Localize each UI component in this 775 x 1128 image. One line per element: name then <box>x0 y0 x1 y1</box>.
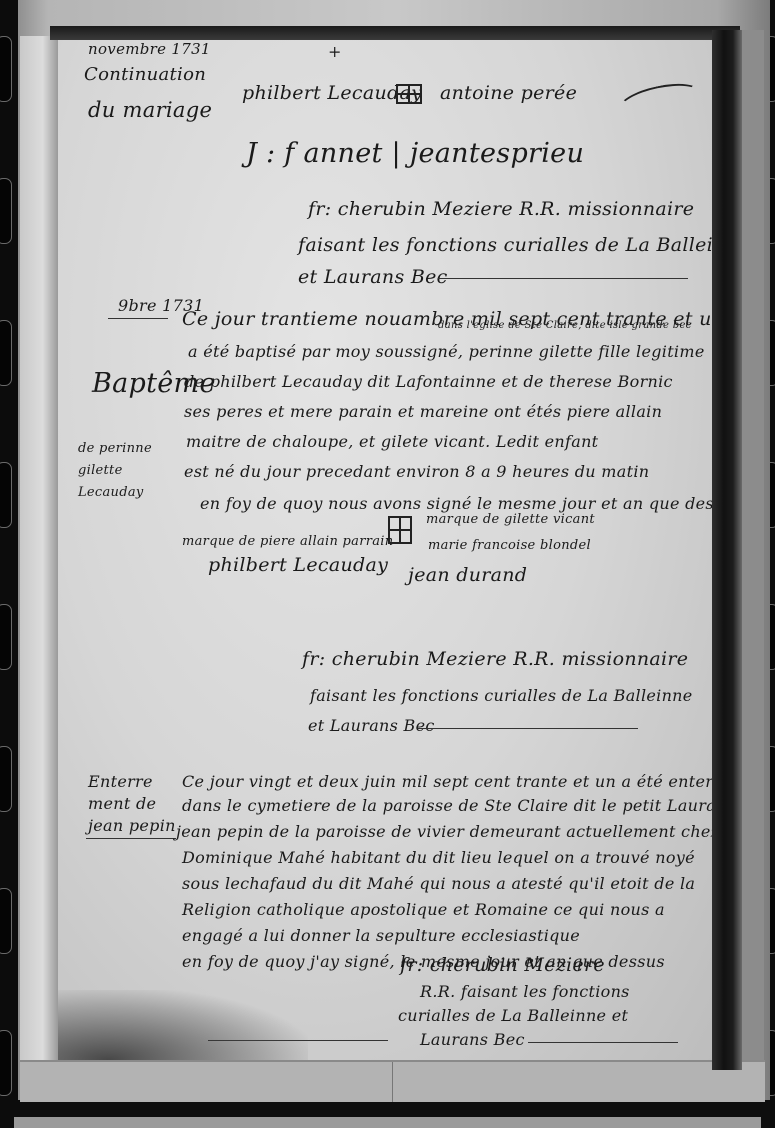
corner-flourish-icon <box>616 78 704 125</box>
margin-underline <box>108 318 168 319</box>
burial-signature-line4: Laurans Bec <box>420 1030 525 1049</box>
burial-signature-line3: curialles de La Balleinne et <box>398 1006 628 1025</box>
divider-line <box>528 1042 678 1043</box>
officiant-1-line2: faisant les fonctions curialles de La Ba… <box>298 234 714 256</box>
margin-underline <box>86 838 176 839</box>
baptism-margin-title: Baptême <box>92 368 172 400</box>
burial-signature-line1: fr: cherubin Meziere <box>400 954 605 976</box>
baptism-line-3: de philbert Lecauday dit Lafontainne et … <box>184 372 673 391</box>
sprocket-hole <box>0 178 12 244</box>
baptism-line-4: ses peres et mere parain et mareine ont … <box>184 402 662 421</box>
officiant-1-line1: fr: cherubin Meziere R.R. missionnaire <box>308 198 694 220</box>
sprocket-hole <box>0 604 12 670</box>
divider-line <box>418 728 638 729</box>
burial-line-3: jean pepin de la paroisse de vivier deme… <box>176 822 714 841</box>
signature-jean-durand: jean durand <box>408 564 527 586</box>
signature-annet: J : f annet | jeantesprieu <box>246 138 584 169</box>
burial-line-1: Ce jour vingt et deux juin mil sept cent… <box>182 772 714 791</box>
baptism-line-6: est né du jour precedant environ 8 a 9 h… <box>184 462 649 481</box>
register-page: novembre 1731 Continuation du mariage + … <box>58 38 714 1060</box>
burial-margin-line3: jean pepin <box>88 816 176 835</box>
sprocket-hole <box>0 888 12 954</box>
frame-edge-right-outer <box>742 30 764 1100</box>
margin-date: novembre 1731 <box>88 40 211 58</box>
baptism-line-5: maitre de chaloupe, et gilete vicant. Le… <box>186 432 598 451</box>
margin-continuation: Continuation <box>84 64 206 85</box>
bottom-board <box>20 1060 765 1102</box>
mark-grid-icon <box>388 516 412 544</box>
margin-mariage: du mariage <box>88 98 212 122</box>
sprocket-hole <box>0 746 12 812</box>
water-stain <box>58 990 308 1060</box>
burial-line-4: Dominique Mahé habitant du dit lieu lequ… <box>182 848 695 867</box>
burial-margin-line1: Enterre <box>88 772 153 791</box>
signature-mark-icon <box>396 84 422 104</box>
signature-philbert-2: philbert Lecauday <box>208 554 388 576</box>
burial-margin-line2: ment de <box>88 794 156 813</box>
burial-line-6: Religion catholique apostolique et Romai… <box>182 900 665 919</box>
baptism-line-1: Ce jour trantieme nouambre mil sept cent… <box>182 308 714 330</box>
signature-antoine: antoine perée <box>440 82 577 104</box>
divider-line <box>438 278 688 279</box>
burial-signature-line2: R.R. faisant les fonctions <box>420 982 630 1001</box>
frame-edge-top <box>50 26 740 40</box>
burial-line-7: engagé a lui donner la sepulture ecclesi… <box>182 926 580 945</box>
sprocket-hole <box>0 462 12 528</box>
officiant-2-line3: et Laurans Bec <box>308 716 435 735</box>
officiant-2-line1: fr: cherubin Meziere R.R. missionnaire <box>302 648 688 670</box>
officiant-1-line3: et Laurans Bec <box>298 266 448 288</box>
cross-mark: + <box>328 42 342 61</box>
baptism-margin-subject: de perinne gilette Lecauday <box>78 438 188 504</box>
baptism-line-7: en foy de quoy nous avons signé le mesme… <box>200 494 714 513</box>
mark-label-allain: marque de piere allain parrain <box>182 534 393 549</box>
mark-label-gilette: marque de gilette vicant <box>426 512 595 527</box>
baptism-line-2: a été baptisé par moy soussigné, perinne… <box>188 342 705 361</box>
burial-line-5: sous lechafaud du dit Mahé qui nous a at… <box>182 874 695 893</box>
next-frame-edge <box>14 1117 761 1128</box>
burial-line-2: dans le cymetiere de la paroisse de Ste … <box>182 796 714 815</box>
binding-edge <box>20 36 60 1066</box>
signature-marie: marie francoise blondel <box>428 538 591 553</box>
officiant-2-line2: faisant les fonctions curialles de La Ba… <box>310 686 693 705</box>
sprocket-hole <box>0 1030 12 1096</box>
sprocket-hole <box>0 320 12 386</box>
sprocket-hole <box>0 36 12 102</box>
frame-edge-right <box>712 30 742 1070</box>
